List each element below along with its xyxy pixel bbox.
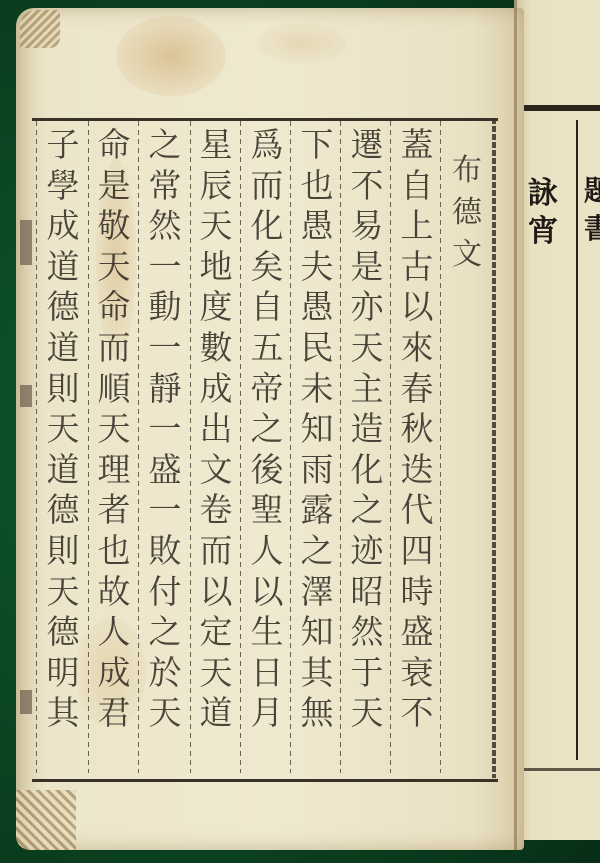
character: 易 bbox=[346, 206, 388, 247]
water-stain bbox=[116, 16, 226, 96]
character: 也 bbox=[296, 166, 338, 207]
text-column: 爲而化矣自五帝之後聖人以生日月 bbox=[242, 125, 292, 775]
character: 以 bbox=[396, 287, 438, 328]
character: 於 bbox=[144, 653, 186, 694]
character: 蓋 bbox=[396, 125, 438, 166]
water-stain bbox=[256, 23, 346, 63]
character: 敬 bbox=[93, 206, 135, 247]
character: 然 bbox=[144, 206, 186, 247]
character: 定 bbox=[195, 612, 237, 653]
character: 時 bbox=[396, 572, 438, 613]
character: 之 bbox=[144, 612, 186, 653]
character: 上 bbox=[396, 206, 438, 247]
character: 天 bbox=[42, 409, 84, 450]
character: 動 bbox=[144, 287, 186, 328]
character: 造 bbox=[346, 409, 388, 450]
character: 度 bbox=[195, 287, 237, 328]
character: 宵 bbox=[528, 213, 558, 251]
character: 盛 bbox=[396, 612, 438, 653]
character: 詠 bbox=[528, 175, 558, 213]
right-page bbox=[514, 0, 600, 840]
character: 知 bbox=[296, 612, 338, 653]
character: 一 bbox=[144, 328, 186, 369]
character: 而 bbox=[195, 531, 237, 572]
character: 天 bbox=[42, 572, 84, 613]
character: 不 bbox=[396, 693, 438, 734]
character: 月 bbox=[246, 693, 288, 734]
character: 德 bbox=[42, 287, 84, 328]
character: 愚 bbox=[296, 287, 338, 328]
character: 昭 bbox=[346, 572, 388, 613]
character: 迭 bbox=[396, 450, 438, 491]
character: 夫 bbox=[296, 247, 338, 288]
character: 古 bbox=[396, 247, 438, 288]
character: 下 bbox=[296, 125, 338, 166]
character: 則 bbox=[42, 531, 84, 572]
character: 以 bbox=[246, 572, 288, 613]
character: 題 bbox=[584, 172, 600, 210]
text-column-title: 布德文 bbox=[442, 150, 492, 800]
character: 敗 bbox=[144, 531, 186, 572]
character: 是 bbox=[346, 247, 388, 288]
character: 人 bbox=[93, 612, 135, 653]
character: 出 bbox=[195, 409, 237, 450]
character: 理 bbox=[93, 450, 135, 491]
character: 道 bbox=[195, 693, 237, 734]
character: 德 bbox=[446, 192, 488, 234]
character: 德 bbox=[42, 612, 84, 653]
character: 一 bbox=[144, 247, 186, 288]
character: 來 bbox=[396, 328, 438, 369]
character: 成 bbox=[42, 206, 84, 247]
character: 人 bbox=[246, 531, 288, 572]
character: 愚 bbox=[296, 206, 338, 247]
character: 文 bbox=[446, 234, 488, 276]
character: 未 bbox=[296, 369, 338, 410]
character: 天 bbox=[144, 693, 186, 734]
character: 是 bbox=[93, 166, 135, 207]
character: 而 bbox=[246, 166, 288, 207]
character: 秋 bbox=[396, 409, 438, 450]
character: 學 bbox=[42, 166, 84, 207]
character: 也 bbox=[93, 531, 135, 572]
character: 數 bbox=[195, 328, 237, 369]
character: 天 bbox=[93, 247, 135, 288]
character: 者 bbox=[93, 490, 135, 531]
character: 于 bbox=[346, 653, 388, 694]
character: 迹 bbox=[346, 531, 388, 572]
character: 代 bbox=[396, 490, 438, 531]
character: 然 bbox=[346, 612, 388, 653]
character: 自 bbox=[246, 287, 288, 328]
character: 衰 bbox=[396, 653, 438, 694]
right-page-column-2: 題書 bbox=[584, 172, 600, 248]
right-page-bottom-border bbox=[522, 768, 600, 771]
character: 明 bbox=[42, 653, 84, 694]
character: 澤 bbox=[296, 572, 338, 613]
worn-corner-top-left bbox=[20, 10, 60, 48]
character: 不 bbox=[346, 166, 388, 207]
character: 天 bbox=[93, 409, 135, 450]
character: 成 bbox=[93, 653, 135, 694]
character: 露 bbox=[296, 490, 338, 531]
character: 盛 bbox=[144, 450, 186, 491]
character: 後 bbox=[246, 450, 288, 491]
character: 遷 bbox=[346, 125, 388, 166]
character: 而 bbox=[93, 328, 135, 369]
character: 之 bbox=[246, 409, 288, 450]
character: 地 bbox=[195, 247, 237, 288]
right-page-column-line bbox=[576, 120, 578, 760]
worn-corner-bottom-left bbox=[16, 790, 76, 850]
character: 故 bbox=[93, 572, 135, 613]
character: 五 bbox=[246, 328, 288, 369]
character: 順 bbox=[93, 369, 135, 410]
character: 辰 bbox=[195, 166, 237, 207]
right-page-top-border bbox=[514, 105, 600, 111]
character: 春 bbox=[396, 369, 438, 410]
character: 靜 bbox=[144, 369, 186, 410]
character: 化 bbox=[246, 206, 288, 247]
character: 天 bbox=[195, 206, 237, 247]
character: 文 bbox=[195, 450, 237, 491]
character: 之 bbox=[296, 531, 338, 572]
character: 則 bbox=[42, 369, 84, 410]
character: 四 bbox=[396, 531, 438, 572]
text-column: 蓋自上古以來春秋迭代四時盛衰不 bbox=[392, 125, 442, 775]
text-column: 子學成道德道則天道德則天德明其 bbox=[38, 125, 88, 775]
column-divider bbox=[36, 121, 37, 773]
character: 天 bbox=[346, 328, 388, 369]
gutter-margin bbox=[18, 170, 32, 730]
character: 君 bbox=[93, 693, 135, 734]
character: 布 bbox=[446, 150, 488, 192]
character: 生 bbox=[246, 612, 288, 653]
character: 爲 bbox=[246, 125, 288, 166]
character: 德 bbox=[42, 490, 84, 531]
character: 星 bbox=[195, 125, 237, 166]
character: 命 bbox=[93, 125, 135, 166]
character: 卷 bbox=[195, 490, 237, 531]
book-crease bbox=[514, 0, 517, 850]
text-column: 下也愚夫愚民未知雨露之澤知其無 bbox=[292, 125, 342, 775]
character: 其 bbox=[42, 693, 84, 734]
character: 知 bbox=[296, 409, 338, 450]
character: 化 bbox=[346, 450, 388, 491]
character: 成 bbox=[195, 369, 237, 410]
character: 道 bbox=[42, 328, 84, 369]
text-column: 星辰天地度數成出文卷而以定天道 bbox=[191, 125, 241, 775]
character: 主 bbox=[346, 369, 388, 410]
text-column: 命是敬天命而順天理者也故人成君 bbox=[89, 125, 139, 775]
character: 帝 bbox=[246, 369, 288, 410]
printed-frame-right-edge bbox=[492, 118, 496, 778]
character: 無 bbox=[296, 693, 338, 734]
character: 一 bbox=[144, 409, 186, 450]
character: 天 bbox=[346, 693, 388, 734]
character: 亦 bbox=[346, 287, 388, 328]
character: 常 bbox=[144, 166, 186, 207]
character: 民 bbox=[296, 328, 338, 369]
text-column: 遷不易是亦天主造化之迹昭然于天 bbox=[342, 125, 392, 775]
character: 天 bbox=[195, 653, 237, 694]
character: 自 bbox=[396, 166, 438, 207]
character: 之 bbox=[346, 490, 388, 531]
character: 子 bbox=[42, 125, 84, 166]
character: 道 bbox=[42, 450, 84, 491]
text-column: 之常然一動一靜一盛一敗付之於天 bbox=[140, 125, 190, 775]
character: 命 bbox=[93, 287, 135, 328]
character: 矣 bbox=[246, 247, 288, 288]
character: 日 bbox=[246, 653, 288, 694]
character: 聖 bbox=[246, 490, 288, 531]
character: 之 bbox=[144, 125, 186, 166]
right-page-column-1: 詠宵 bbox=[528, 175, 558, 251]
character: 道 bbox=[42, 247, 84, 288]
character: 一 bbox=[144, 490, 186, 531]
character: 書 bbox=[584, 210, 600, 248]
character: 以 bbox=[195, 572, 237, 613]
character: 付 bbox=[144, 572, 186, 613]
character: 其 bbox=[296, 653, 338, 694]
character: 雨 bbox=[296, 450, 338, 491]
